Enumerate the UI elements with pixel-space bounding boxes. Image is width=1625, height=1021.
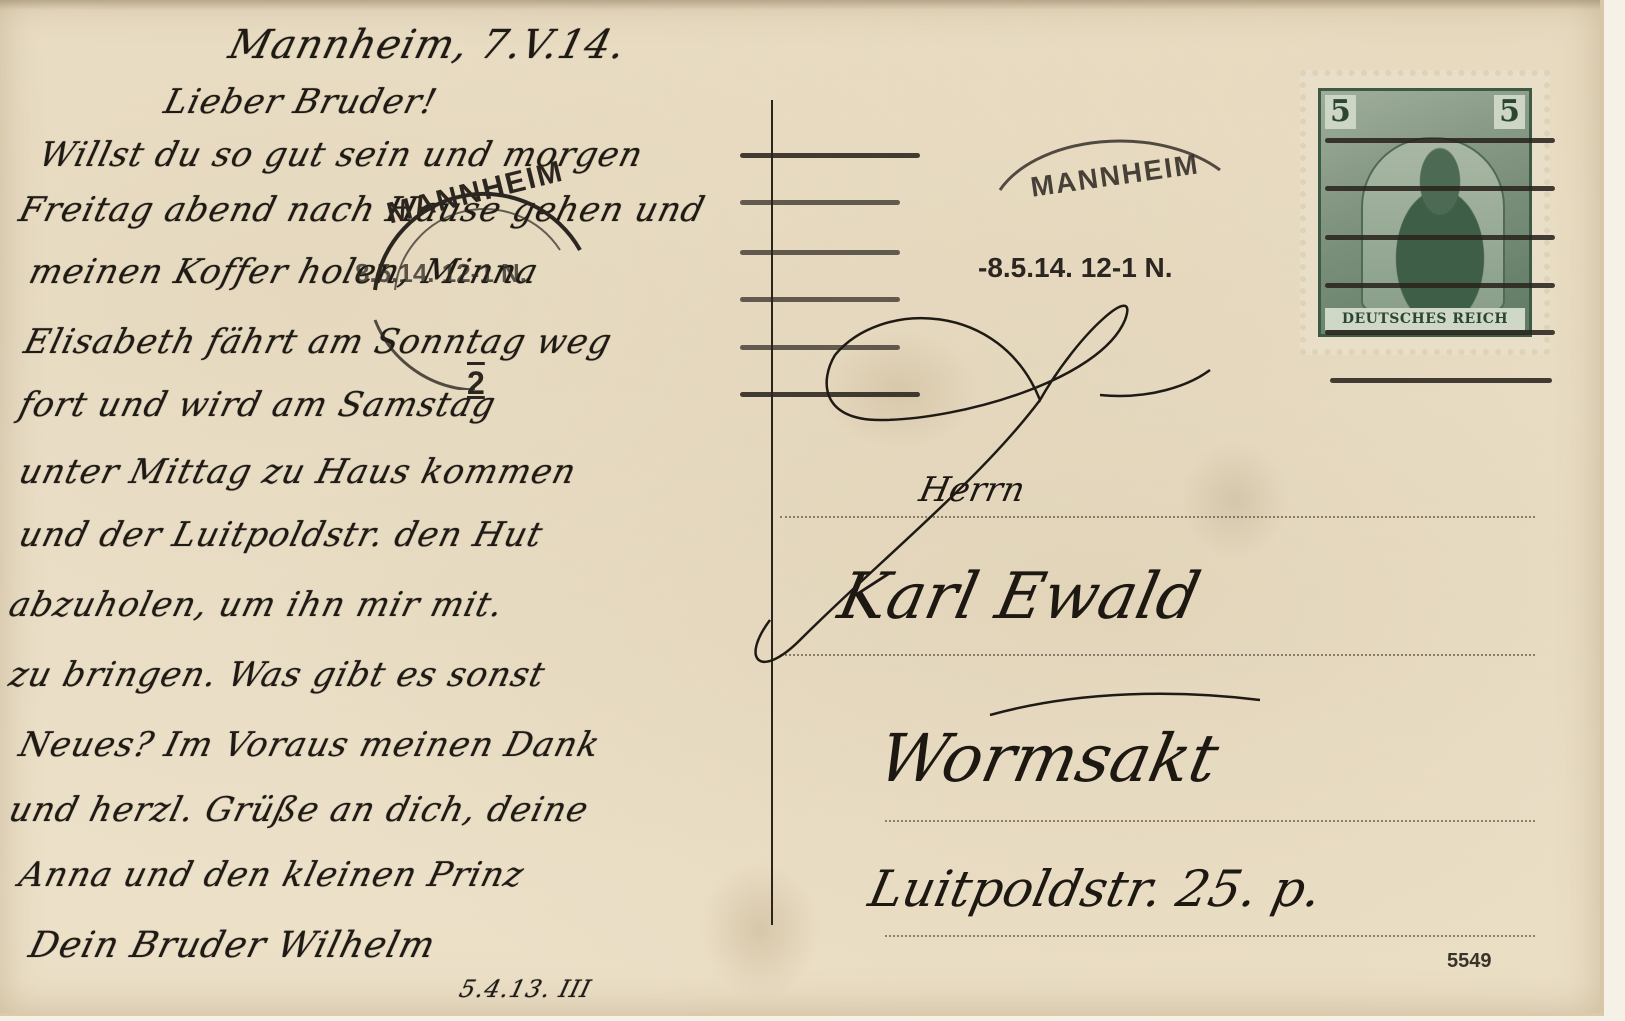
card-divider	[771, 100, 773, 925]
stamp-country-label: DEUTSCHES REICH	[1325, 308, 1525, 330]
stamp-cancel-bar	[1325, 283, 1555, 288]
message-line: Neues? Im Voraus meinen Dank	[15, 725, 604, 765]
cancel-bar	[740, 345, 900, 350]
message-line: abzuholen, um ihn mir mit.	[5, 585, 508, 625]
postcard-back: Mannheim, 7.V.14. Lieber Bruder! Willst …	[0, 0, 1604, 1016]
message-line: und der Luitpoldstr. den Hut	[15, 515, 547, 555]
stamp-cancel-bar	[1325, 235, 1555, 240]
cancel-bar	[740, 392, 920, 397]
postage-stamp: 5 5 DEUTSCHES REICH	[1300, 70, 1550, 355]
message-line: und herzl. Grüße an dich, deine	[5, 790, 593, 830]
postmark-date: 8.5.14. 12-1 N.	[355, 258, 527, 289]
postmark-right: MANNHEIM -8.5.14. 12-1 N.	[990, 130, 1250, 290]
message-signature: Dein Bruder Wilhelm	[25, 925, 440, 966]
stamp-cancel-bar	[1325, 186, 1555, 191]
stamp-cancel-bar	[1330, 378, 1552, 383]
stamp-value-right: 5	[1494, 95, 1525, 129]
postmark-sub-number: 2	[467, 365, 485, 402]
cancel-bar	[740, 297, 900, 302]
stamp-cancel-bar	[1325, 330, 1555, 335]
message-line: unter Mittag zu Haus kommen	[15, 452, 581, 492]
address-city: Wormsakt	[872, 720, 1225, 797]
postmark-date: -8.5.14. 12-1 N.	[978, 252, 1173, 284]
message-footnote-date: 5.4.13. III	[457, 975, 595, 1003]
cancel-bar	[740, 250, 900, 255]
address-line-3	[885, 820, 1535, 822]
cancel-bar	[740, 200, 900, 205]
address-line-4	[885, 935, 1535, 937]
address-salutation: Herrn	[916, 470, 1029, 510]
message-dateline: Mannheim, 7.V.14.	[224, 22, 631, 68]
catalog-number: 5549	[1447, 950, 1492, 973]
address-line-1	[780, 516, 1535, 518]
stamp-value-left: 5	[1325, 95, 1356, 129]
cancel-bar	[740, 153, 920, 158]
address-line-2	[780, 654, 1535, 656]
message-line: Anna und den kleinen Prinz	[15, 855, 528, 895]
stamp-design: 5 5 DEUTSCHES REICH	[1318, 88, 1532, 337]
message-line: fort und wird am Samstag	[15, 385, 500, 425]
postmark-left: MANNHEIM 8.5.14. 12-1 N. 2	[355, 140, 595, 390]
message-greeting: Lieber Bruder!	[160, 82, 441, 122]
address-name: Karl Ewald	[832, 560, 1206, 634]
paper-stain	[1180, 440, 1290, 560]
stamp-cancel-bar	[1325, 138, 1555, 143]
address-street: Luitpoldstr. 25. p.	[864, 860, 1327, 918]
message-line: zu bringen. Was gibt es sonst	[5, 655, 549, 695]
